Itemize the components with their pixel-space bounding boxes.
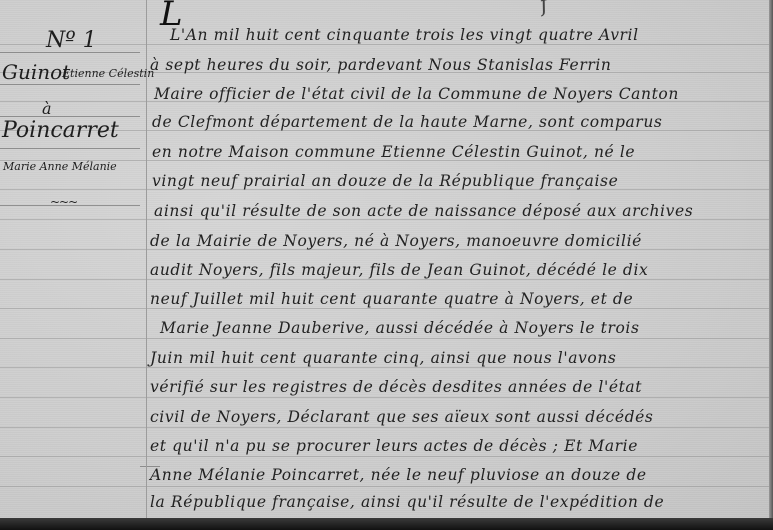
text-line: en notre Maison commune Etienne Célestin… <box>152 143 635 161</box>
text-line: neuf Juillet mil huit cent quarante quat… <box>150 290 633 308</box>
text-line: Juin mil huit cent quarante cinq, ainsi … <box>150 349 616 367</box>
text-line: L'An mil huit cent cinquante trois les v… <box>170 26 639 44</box>
text-line: la République française, ainsi qu'il rés… <box>150 493 664 511</box>
bride-surname: Poincarret <box>2 118 119 143</box>
groom-given-names: Etienne Célestin <box>62 67 154 80</box>
text-line: Marie Jeanne Dauberive, aussi décédée à … <box>160 319 640 337</box>
register-page: Nº 1 Guinot Etienne Célestin à Poincarre… <box>0 0 773 518</box>
text-line: Anne Mélanie Poincarret, née le neuf plu… <box>150 466 647 484</box>
text-line: audit Noyers, fils majeur, fils de Jean … <box>150 261 648 279</box>
text-line: civil de Noyers, Déclarant que ses aïeux… <box>150 408 653 426</box>
flourish-icon: ~~~ <box>50 195 77 209</box>
act-body: L'An mil huit cent cinquante trois les v… <box>150 0 770 518</box>
conjunction: à <box>42 99 52 118</box>
bride-given-names: Marie Anne Mélanie <box>3 160 117 173</box>
margin-annotation: Nº 1 Guinot Etienne Célestin à Poincarre… <box>0 0 146 518</box>
text-line: vingt neuf prairial an douze de la Répub… <box>152 172 618 190</box>
entry-number: Nº 1 <box>46 28 97 53</box>
text-line: vérifié sur les registres de décès desdi… <box>150 378 642 396</box>
page-edge-bottom <box>0 518 773 530</box>
text-line: Maire officier de l'état civil de la Com… <box>154 85 679 103</box>
text-line: à sept heures du soir, pardevant Nous St… <box>150 56 611 74</box>
text-line: de Clefmont département de la haute Marn… <box>152 113 662 131</box>
page-edge-right <box>769 0 773 518</box>
text-line: ainsi qu'il résulte de son acte de naiss… <box>154 202 693 220</box>
groom-surname: Guinot <box>2 60 70 84</box>
text-line: de la Mairie de Noyers, né à Noyers, man… <box>150 232 642 250</box>
text-line: et qu'il n'a pu se procurer leurs actes … <box>150 437 638 455</box>
